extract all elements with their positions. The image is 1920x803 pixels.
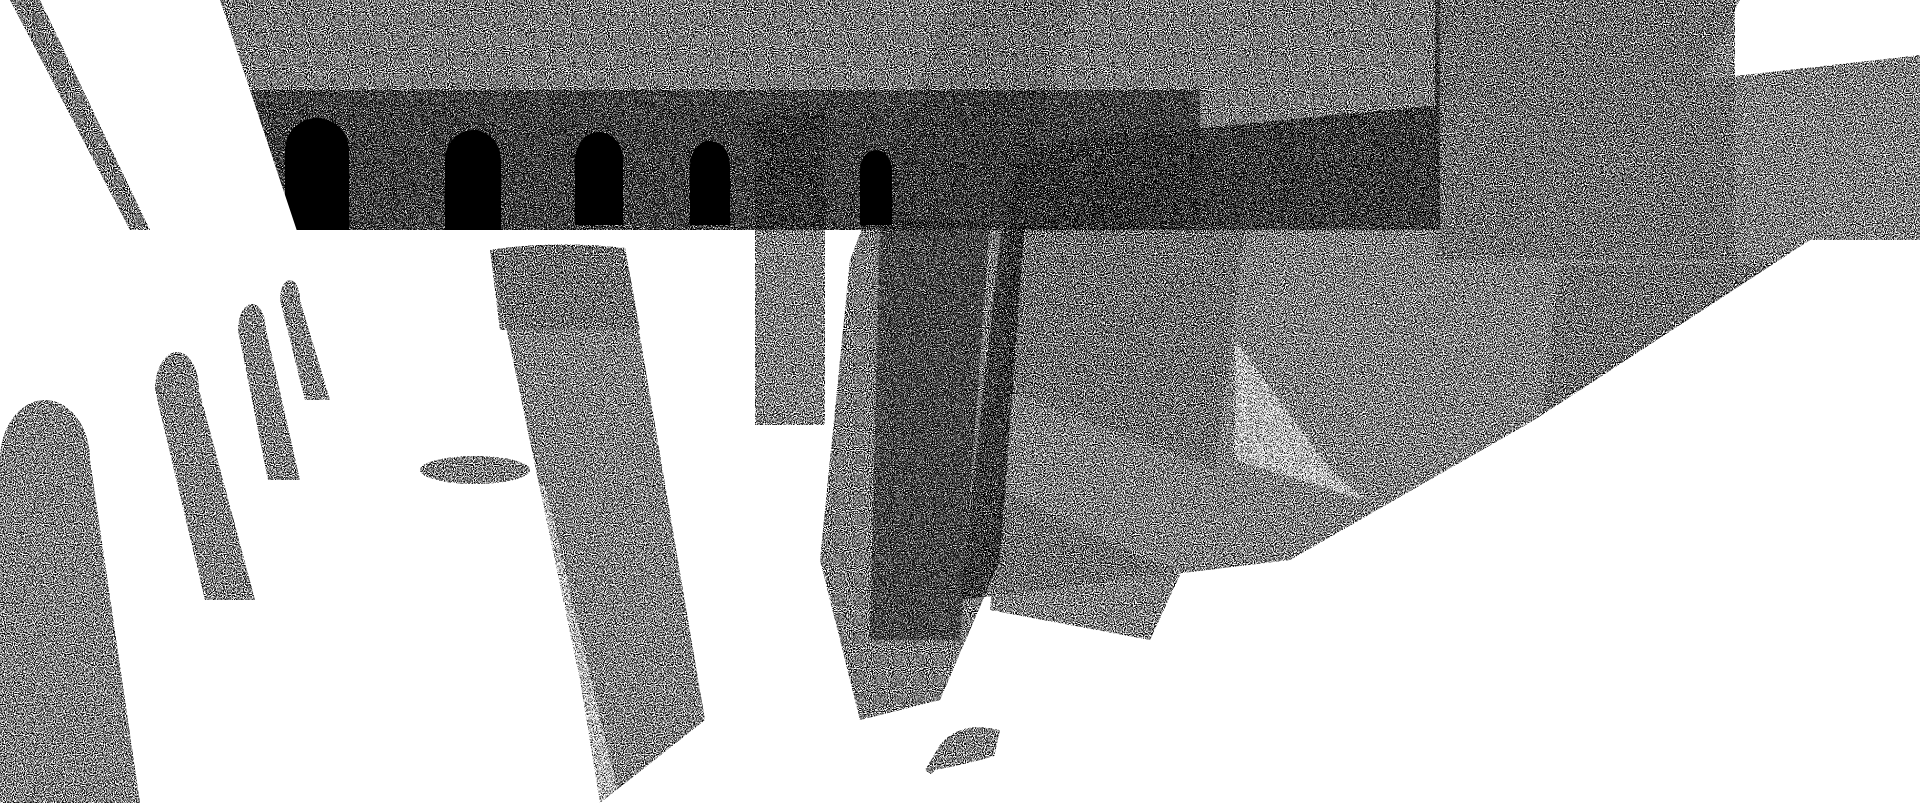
arch-opening: [285, 118, 349, 230]
dithered-render-canvas: [0, 0, 1920, 803]
arch-opening: [690, 141, 730, 225]
arch-opening: [575, 132, 623, 225]
arch-opening: [445, 130, 501, 230]
back-column: [755, 115, 825, 425]
